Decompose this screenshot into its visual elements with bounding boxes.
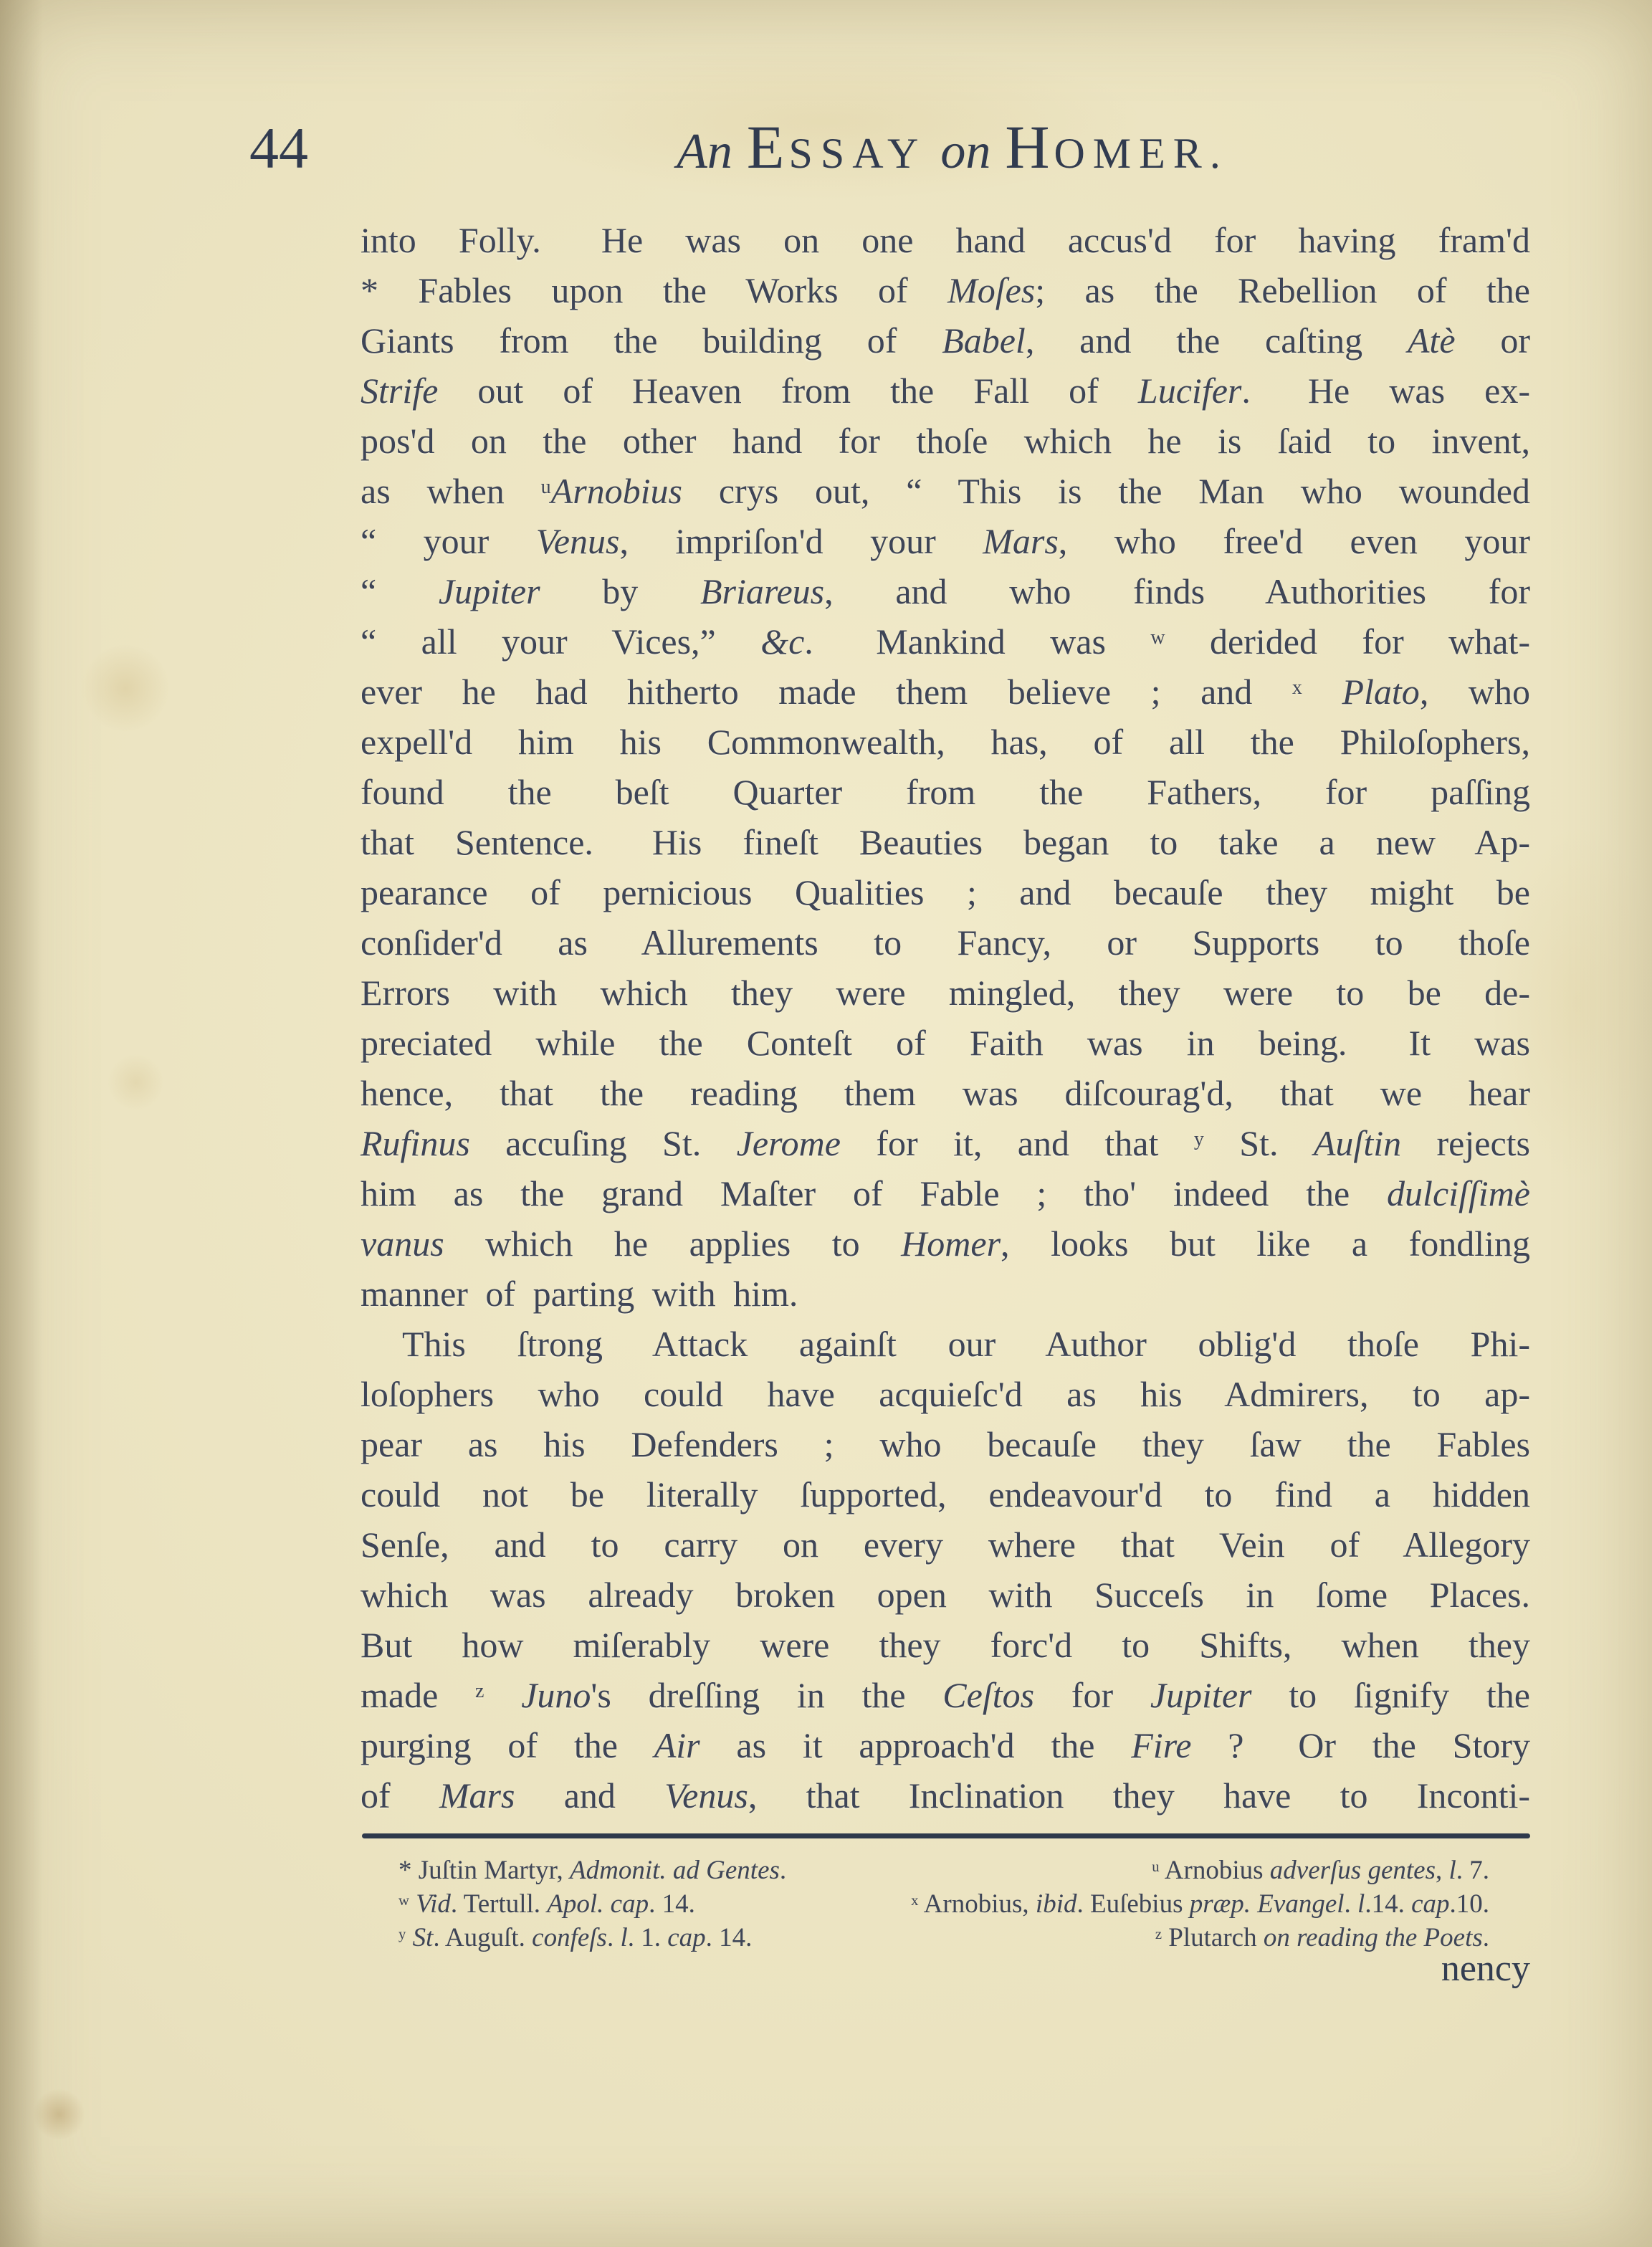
text-line: loſophers who could have acquieſc'd as h… [361,1369,1530,1419]
text-line: Rufinus accuſing St. Jerome for it, and … [361,1118,1530,1168]
footnote-row: w Vid. Tertull. Apol. cap. 14.x Arnobius… [398,1887,1489,1921]
text-line: “ your Venus, impriſon'd your Mars, who … [361,516,1530,566]
text-line: which was already broken open with Succe… [361,1570,1530,1620]
text-line: Strife out of Heaven from the Fall of Lu… [361,366,1530,416]
text-line: manner of parting with him. [361,1269,1530,1319]
paragraph-1: into Folly. He was on one hand accus'd f… [361,215,1530,1319]
text-line: of Mars and Venus, that Inclination they… [361,1770,1530,1821]
footnote-right: u Arnobius adverſus gentes, l. 7. [1152,1854,1489,1887]
catchword: nency [362,1944,1530,1994]
text-line: * Fables upon the Works of Moſes; as the… [361,265,1530,315]
text-line: that Sentence. His fineſt Beauties began… [361,817,1530,867]
text-line: “ all your Vices,” &c. Mankind was w der… [361,616,1530,667]
page-content: 44 An ESSAY on HOMER. into Folly. He was… [0,0,1652,2247]
text-line: Errors with which they were mingled, the… [361,968,1530,1018]
text-line: pearance of pernicious Qualities ; and b… [361,867,1530,917]
paragraph-2: This ſtrong Attack againſt our Author ob… [361,1319,1530,1821]
text-line: hence, that the reading them was diſcour… [361,1068,1530,1118]
text-line: into Folly. He was on one hand accus'd f… [361,215,1530,265]
text-line: him as the grand Maſter of Fable ; tho' … [361,1168,1530,1218]
footnote-left: w Vid. Tertull. Apol. cap. 14. [398,1887,695,1921]
text-line: conſider'd as Allurements to Fancy, or S… [361,917,1530,968]
text-line: This ſtrong Attack againſt our Author ob… [361,1319,1530,1369]
footnote-left: * Juſtin Martyr, Admonit. ad Gentes. [398,1854,786,1887]
body-text: into Folly. He was on one hand accus'd f… [361,215,1530,1821]
text-line: as when uArnobius crys out, “ This is th… [361,466,1530,516]
text-line: Senſe, and to carry on every where that … [361,1520,1530,1570]
text-line: ever he had hitherto made them believe ;… [361,667,1530,717]
footnote-rule [362,1833,1530,1838]
running-header-essay: ESSAY [747,158,926,171]
running-header-an: An [677,124,732,179]
text-line: could not be literally ſupported, endeav… [361,1469,1530,1520]
running-header: An ESSAY on HOMER. [362,108,1532,204]
footnote-right: x Arnobius, ibid. Euſebius præp. Evangel… [911,1887,1489,1921]
text-line: But how miſerably were they forc'd to Sh… [361,1620,1530,1670]
text-line: preciated while the Conteſt of Faith was… [361,1018,1530,1068]
text-line: pear as his Defenders ; who becauſe they… [361,1419,1530,1469]
text-line: found the beſt Quarter from the Fathers,… [361,767,1530,817]
page-number: 44 [249,109,308,188]
running-header-homer: HOMER. [1005,158,1228,171]
text-line: purging of the Air as it approach'd the … [361,1720,1530,1770]
text-line: “ Jupiter by Briareus, and who finds Aut… [361,566,1530,616]
footnotes: * Juſtin Martyr, Admonit. ad Gentes.u Ar… [398,1854,1489,1955]
text-line: vanus which he applies to Homer, looks b… [361,1218,1530,1269]
text-line: pos'd on the other hand for thoſe which … [361,416,1530,466]
text-line: Giants from the building of Babel, and t… [361,315,1530,366]
footnote-row: * Juſtin Martyr, Admonit. ad Gentes.u Ar… [398,1854,1489,1887]
text-line: made z Juno's dreſſing in the Ceſtos for… [361,1670,1530,1720]
text-line: expell'd him his Commonwealth, has, of a… [361,717,1530,767]
running-header-on: on [940,124,990,179]
book-page: 44 An ESSAY on HOMER. into Folly. He was… [0,0,1652,2247]
